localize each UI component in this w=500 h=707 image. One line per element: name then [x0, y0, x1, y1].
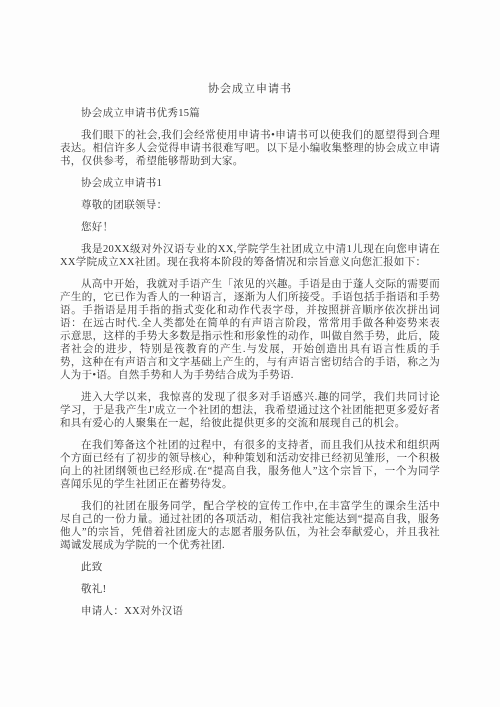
document-page: 协会成立申请书 协会成立申请书优秀15篇我们眼下的社会,我们会经常使用申请书•申…: [0, 0, 500, 707]
document-body: 协会成立申请书优秀15篇我们眼下的社会,我们会经常使用申请书•申请书可以使我们的…: [60, 107, 440, 618]
paragraph-body: 在我们筹备这个社团的过程中，有很多的支持者，而且我们从技术和组织两个方面已经有了…: [60, 439, 440, 491]
paragraph-salutation: 尊敬的团联领导：: [60, 199, 440, 212]
paragraph-body: 我们眼下的社会,我们会经常使用申请书•申请书可以使我们的愿望得到合理表达。相信许…: [60, 129, 440, 168]
paragraph-body: 进入大学以来，我惊喜的发现了很多对手语感兴.趣的同学，我们共同讨论学习，于是我产…: [60, 391, 440, 430]
paragraph-closing: 敬礼!: [60, 583, 440, 596]
paragraph-body: 从高中开始，我就对手语产生「浓见的兴趣。手语是由于蓬人交际的需要而产生的，它已作…: [60, 278, 440, 382]
paragraph-subtitle: 协会成立申请书优秀15篇: [60, 107, 440, 120]
paragraph-heading: 协会成立申请书1: [60, 177, 440, 190]
document-title: 协会成立申请书: [60, 83, 440, 96]
paragraph-salutation: 您好！: [60, 221, 440, 234]
paragraph-closing: 此致: [60, 561, 440, 574]
paragraph-signature: 申请人：XX对外汉语: [60, 605, 440, 618]
paragraph-body: 我们的社团在服务同学，配合学校的宣传工作中,在丰富学生的课余生活中尽自己的一份力…: [60, 500, 440, 552]
paragraph-body: 我是20XX级对外汉语专业的XX,学院学生社团成立中清1儿现在向您申请在XX学院…: [60, 243, 440, 269]
